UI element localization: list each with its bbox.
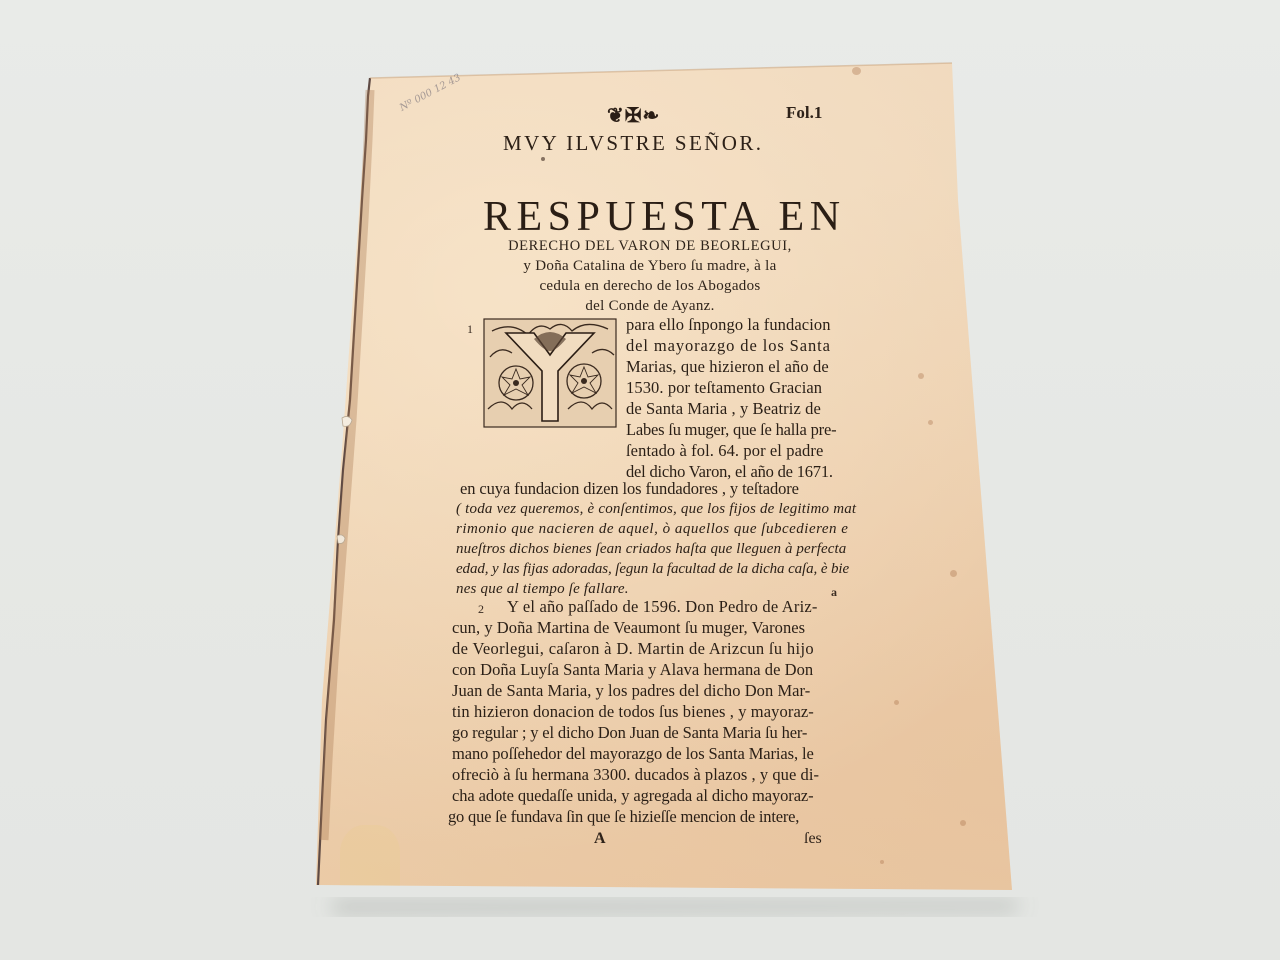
- fleuron-ornament-icon: ❦✠❧: [607, 103, 660, 128]
- catchword: ſes: [804, 830, 822, 848]
- text-line: ſentado à fol. 64. por el padre: [626, 441, 823, 461]
- text-line: Y el año paſſado de 1596. Don Pedro de A…: [507, 597, 818, 617]
- document-content: Nº 000 12 43 ❦✠❧ Fol.1 MVY ILVSTRE SEÑOR…: [0, 0, 1280, 960]
- quoted-italic-line: nes que al tiempo ſe fallare.: [456, 581, 629, 598]
- text-line: Marias, que hizieron el año de: [626, 357, 829, 377]
- folio-number: Fol.1: [786, 103, 822, 123]
- paragraph-number: 2: [478, 602, 484, 617]
- decorated-initial-y-icon: [482, 317, 618, 429]
- text-line: de Santa Maria , y Beatriz de: [626, 399, 821, 419]
- text-line: mano poſſehedor del mayorazgo de los San…: [452, 744, 814, 764]
- text-line: en cuya fundacion dizen los fundadores ,…: [460, 479, 799, 499]
- text-line: del mayorazgo de los Santa: [626, 336, 831, 356]
- text-line: cha adote quedaſſe unida, y agregada al …: [452, 786, 814, 806]
- text-line: para ello ſnpongo la fundacion: [626, 315, 831, 335]
- salutation-heading: MVY ILVSTRE SEÑOR.: [503, 131, 763, 156]
- document-title: RESPUESTA EN: [483, 193, 846, 241]
- paragraph-number: 1: [467, 322, 473, 337]
- text-line: go que ſe fundava ſin que ſe hizieſſe me…: [448, 807, 799, 827]
- text-line: cun, y Doña Martina de Veaumont ſu muger…: [452, 618, 805, 638]
- text-line: go regular ; y el dicho Don Juan de Sant…: [452, 723, 807, 743]
- text-line: tin hizieron donacion de todos ſus biene…: [452, 702, 814, 722]
- subtitle-line: y Doña Catalina de Ybero ſu madre, à la: [440, 258, 860, 275]
- margin-note-letter: a: [831, 585, 837, 600]
- quoted-italic-line: rimonio que nacieren de aquel, ò aquello…: [456, 521, 848, 538]
- subtitle-line: DERECHO DEL VARON DE BEORLEGUI,: [440, 238, 860, 255]
- subtitle-line: del Conde de Ayanz.: [440, 298, 860, 315]
- text-line: de Veorlegui, caſaron à D. Martin de Ari…: [452, 639, 814, 659]
- quoted-italic-line: ( toda vez queremos, è conſentimos, que …: [456, 501, 856, 518]
- text-line: ofreciò à ſu hermana 3300. ducados à pla…: [452, 765, 819, 785]
- handwritten-inventory-note: Nº 000 12 43: [398, 72, 463, 113]
- text-line: 1530. por teſtamento Gracian: [626, 378, 822, 398]
- quoted-italic-line: edad, y las fijas adoradas, ſegun la fac…: [456, 561, 849, 578]
- text-line: Labes ſu muger, que ſe halla pre-: [626, 420, 836, 440]
- text-line: Juan de Santa Maria, y los padres del di…: [452, 681, 810, 701]
- quoted-italic-line: nueſtros dichos bienes ſean criados haſt…: [456, 541, 846, 558]
- signature-mark: A: [594, 830, 606, 848]
- subtitle-line: cedula en derecho de los Abogados: [440, 278, 860, 295]
- text-line: con Doña Luyſa Santa Maria y Alava herma…: [452, 660, 813, 680]
